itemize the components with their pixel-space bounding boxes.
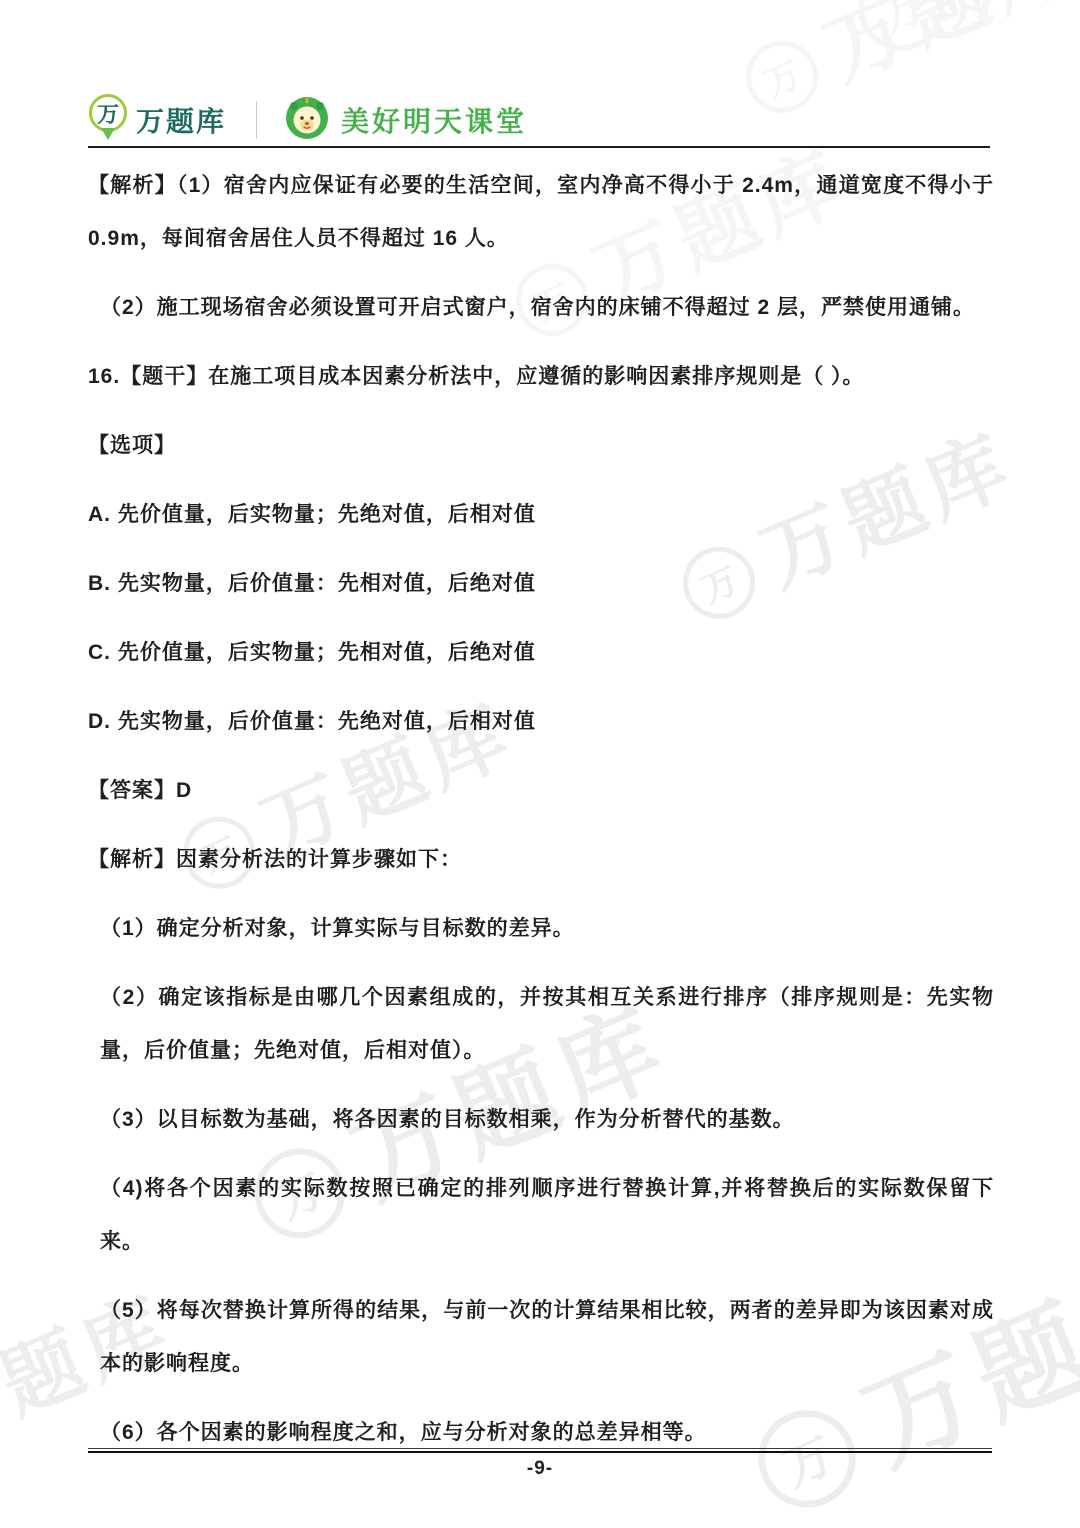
wantiku-brand-name: 万题库 (136, 100, 226, 140)
document-page: 万 万题库 万 万题库 万 万题库 万 万题库 万 万题库 万 万题库 万 万题… (0, 0, 1080, 1528)
header-rule (88, 146, 990, 148)
option-c: C. 先价值量，后实物量；先相对值，后绝对值 (88, 626, 994, 679)
analysis-q15-paragraph: 【解析】（1）宿舍内应保证有必要的生活空间，室内净高不得小于 2.4m，通道宽度… (88, 159, 994, 265)
wantiku-brand: 万 万题库 (88, 92, 226, 149)
option-d: D. 先实物量，后价值量：先绝对值，后相对值 (88, 695, 994, 748)
analysis-step-3: （3）以目标数为基础，将各因素的目标数相乘，作为分析替代的基数。 (88, 1093, 994, 1146)
analysis-step-1: （1）确定分析对象，计算实际与目标数的差异。 (88, 902, 994, 955)
analysis-step-4: （4)将各个因素的实际数按照已确定的排列顺序进行替换计算,并将替换后的实际数保留… (88, 1162, 994, 1268)
option-a: A. 先价值量，后实物量；先绝对值，后相对值 (88, 488, 994, 541)
page-number: -9- (0, 1458, 1080, 1480)
svg-text:万: 万 (97, 102, 119, 127)
analysis-step-2: （2）确定该指标是由哪几个因素组成的，并按其相互关系进行排序（排序规则是：先实物… (88, 971, 994, 1077)
analysis-step-5: （5）将每次替换计算所得的结果，与前一次的计算结果相比较，两者的差异即为该因素对… (88, 1284, 994, 1390)
wantiku-pin-logo-icon: 万 (88, 92, 128, 149)
footer-rule (88, 1448, 992, 1453)
lion-mascot-icon (283, 94, 331, 147)
meihao-mingtian-brand-name: 美好明天课堂 (341, 100, 527, 140)
analysis-q16-intro: 【解析】因素分析法的计算步骤如下： (88, 833, 994, 886)
options-label: 【选项】 (88, 419, 994, 472)
header-divider (256, 101, 257, 139)
option-b: B. 先实物量，后价值量：先相对值，后绝对值 (88, 557, 994, 610)
analysis-q15-point2: （2）施工现场宿舍必须设置可开启式窗户，宿舍内的床铺不得超过 2 层，严禁使用通… (88, 281, 994, 334)
document-content: 【解析】（1）宿舍内应保证有必要的生活空间，室内净高不得小于 2.4m，通道宽度… (88, 159, 994, 1475)
answer-line: 【答案】D (88, 764, 994, 817)
meihao-mingtian-brand: 美好明天课堂 (283, 94, 527, 147)
question-16-stem: 16.【题干】在施工项目成本因素分析法中，应遵循的影响因素排序规则是（ ）。 (88, 350, 994, 403)
header: 万 万题库 美好明天课堂 (88, 94, 990, 146)
